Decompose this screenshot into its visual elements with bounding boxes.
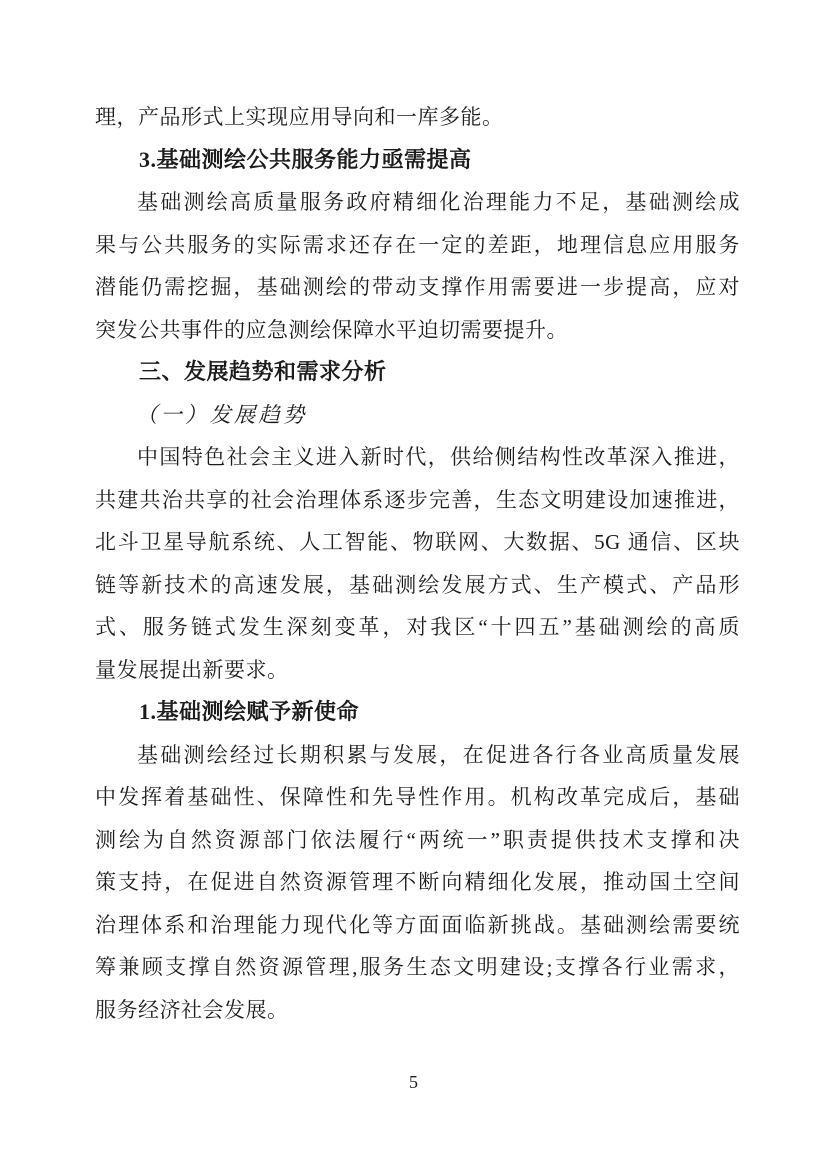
numbered-heading-3: 3.基础测绘公共服务能力亟需提高 — [95, 139, 740, 182]
paragraph-end-line: 突发公共事件的应急测绘保障水平迫切需要提升。 — [95, 309, 740, 352]
paragraph-end-line: 量发展提出新要求。 — [95, 649, 740, 692]
section-heading: 三、发展趋势和需求分析 — [95, 351, 740, 394]
numbered-heading-1: 1.基础测绘赋予新使命 — [95, 691, 740, 734]
paragraph-continuation-line: 理，产品形式上实现应用导向和一库多能。 — [95, 96, 740, 139]
subsection-heading: （一）发展趋势 — [95, 394, 740, 437]
paragraph-line: 测绘为自然资源部门依法履行“两统一”职责提供技术支撑和决 — [95, 819, 740, 862]
paragraph-line: 链等新技术的高速发展，基础测绘发展方式、生产模式、产品形 — [95, 564, 740, 607]
paragraph-line: 基础测绘经过长期积累与发展，在促进各行各业高质量发展 — [95, 734, 740, 777]
document-body: 理，产品形式上实现应用导向和一库多能。 3.基础测绘公共服务能力亟需提高 基础测… — [95, 96, 740, 1031]
paragraph-line: 策支持，在促进自然资源管理不断向精细化发展，推动国土空间 — [95, 861, 740, 904]
paragraph-line: 中发挥着基础性、保障性和先导性作用。机构改革完成后，基础 — [95, 776, 740, 819]
paragraph-line: 筹兼顾支撑自然资源管理,服务生态文明建设;支撑各行业需求， — [95, 946, 740, 989]
document-page: 理，产品形式上实现应用导向和一库多能。 3.基础测绘公共服务能力亟需提高 基础测… — [0, 0, 827, 1169]
paragraph-line: 共建共治共享的社会治理体系逐步完善，生态文明建设加速推进， — [95, 479, 740, 522]
paragraph-line: 北斗卫星导航系统、人工智能、物联网、大数据、5G 通信、区块 — [95, 521, 740, 564]
paragraph-line: 潜能仍需挖掘，基础测绘的带动支撑作用需要进一步提高，应对 — [95, 266, 740, 309]
page-number: 5 — [0, 1070, 827, 1094]
paragraph-line: 式、服务链式发生深刻变革，对我区“十四五”基础测绘的高质 — [95, 606, 740, 649]
paragraph-line: 中国特色社会主义进入新时代，供给侧结构性改革深入推进， — [95, 436, 740, 479]
paragraph-end-line: 服务经济社会发展。 — [95, 989, 740, 1032]
paragraph-line: 治理体系和治理能力现代化等方面面临新挑战。基础测绘需要统 — [95, 904, 740, 947]
paragraph-line: 基础测绘高质量服务政府精细化治理能力不足，基础测绘成 — [95, 181, 740, 224]
paragraph-line: 果与公共服务的实际需求还存在一定的差距，地理信息应用服务 — [95, 224, 740, 267]
